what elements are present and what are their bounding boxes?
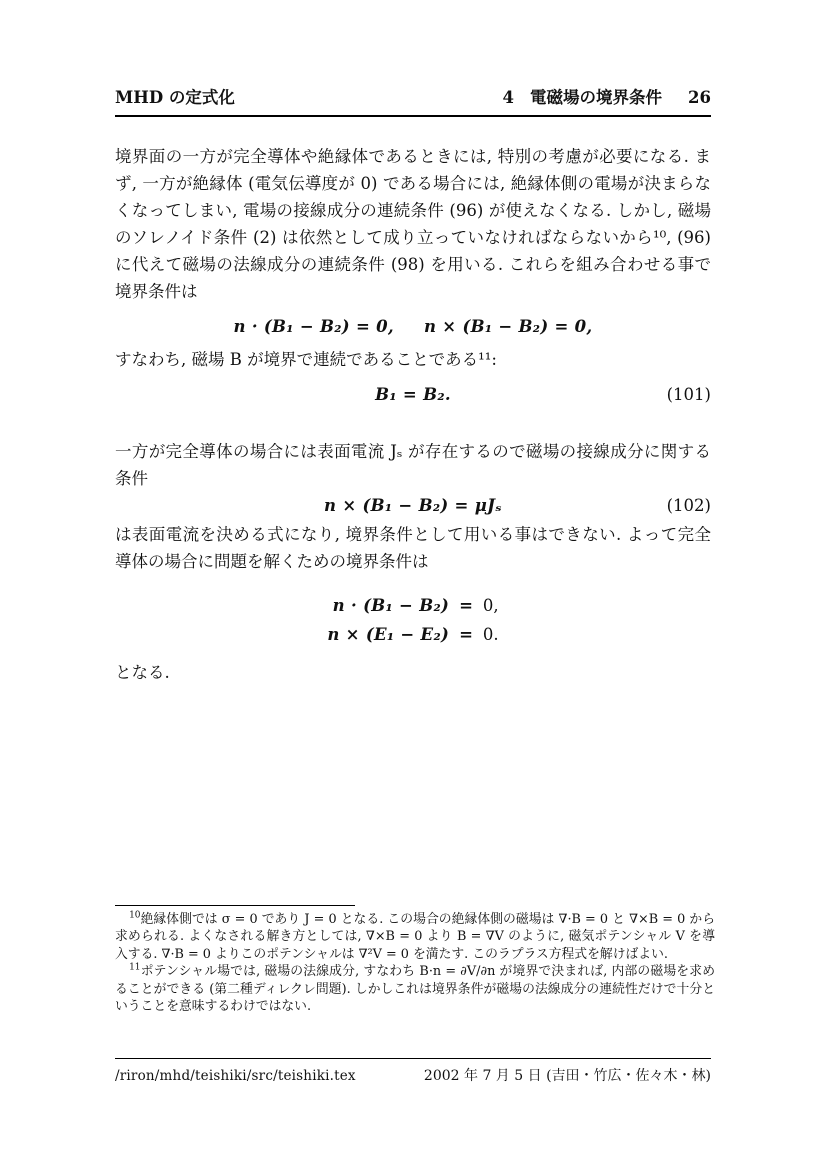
equation-normal-component: n · (B₁ − B₂) = 0, [234,313,394,340]
aligned-eq-2-relation: = [449,620,483,649]
section-number: 4 [503,88,514,107]
footnotes-section: 10絶縁体側では σ = 0 であり J = 0 となる. この場合の絶縁体側の… [115,905,715,1015]
paragraph-boundary-intro: 境界面の一方が完全導体や絶縁体であるときには, 特別の考慮が必要になる. まず,… [115,143,711,305]
footnote-10-text: 絶縁体側では σ = 0 であり J = 0 となる. この場合の絶縁体側の磁場… [115,912,715,962]
paragraph-perfect-conductor: 一方が完全導体の場合には表面電流 Jₛ が存在するので磁場の接線成分に関する条件 [115,438,711,492]
aligned-equation-row: n × (E₁ − E₂) = 0. [327,620,498,649]
footnote-rule [115,905,355,906]
aligned-eq-1-relation: = [449,591,483,620]
document-page: MHD の定式化 4 電磁場の境界条件 26 境界面の一方が完全導体や絶縁体であ… [0,0,826,1169]
paragraph-surface-current: は表面電流を決める式になり, 境界条件として用いる事はできない. よって完全導体… [115,521,711,575]
running-title: MHD の定式化 [115,84,235,108]
aligned-equation-row: n · (B₁ − B₂) = 0, [327,591,498,620]
footnote-11-marker: 11 [129,963,140,973]
aligned-eq-1-lhs: n · (B₁ − B₂) [327,591,449,620]
section-title: 電磁場の境界条件 [530,84,662,108]
equation-102: n × (B₁ − B₂) = μJₛ (102) [115,492,711,519]
equation-101-number: (101) [667,381,711,408]
footnote-11-text: ポテンシャル場では, 磁場の法線成分, すなわち B·n = ∂V/∂n が境界… [115,964,715,1014]
aligned-eq-2-lhs: n × (E₁ − E₂) [327,620,449,649]
footnote-11: 11ポテンシャル場では, 磁場の法線成分, すなわち B·n = ∂V/∂n が… [115,963,715,1015]
aligned-eq-2-rhs: 0. [483,620,499,649]
equation-101: B₁ = B₂. (101) [115,381,711,408]
paragraph-sunawachi: すなわち, 磁場 B が境界で連続であることである¹¹: [115,346,711,373]
page-number: 26 [688,88,711,107]
equation-continuity-pair: n · (B₁ − B₂) = 0, n × (B₁ − B₂) = 0, [115,313,711,340]
page-header: MHD の定式化 4 電磁場の境界条件 26 [115,84,711,117]
aligned-eq-1-rhs: 0, [483,591,499,620]
paragraph-tonaru: となる. [115,659,711,686]
equation-aligned-system: n · (B₁ − B₂) = 0, n × (E₁ − E₂) = 0. [327,591,498,649]
date-and-authors: 2002 年 7 月 5 日 (吉田・竹広・佐々木・林) [424,1065,711,1085]
equation-tangential-component: n × (B₁ − B₂) = 0, [424,313,593,340]
equation-101-body: B₁ = B₂. [375,385,451,404]
source-file-path: /riron/mhd/teishiki/src/teishiki.tex [115,1068,356,1084]
body-text: 境界面の一方が完全導体や絶縁体であるときには, 特別の考慮が必要になる. まず,… [115,143,711,686]
page-footer: /riron/mhd/teishiki/src/teishiki.tex 200… [115,1058,711,1085]
footnote-10: 10絶縁体側では σ = 0 であり J = 0 となる. この場合の絶縁体側の… [115,911,715,963]
equation-102-body: n × (B₁ − B₂) = μJₛ [324,496,502,515]
footnote-10-marker: 10 [129,911,140,921]
section-heading: 4 電磁場の境界条件 26 [503,84,711,108]
equation-102-number: (102) [667,492,711,519]
